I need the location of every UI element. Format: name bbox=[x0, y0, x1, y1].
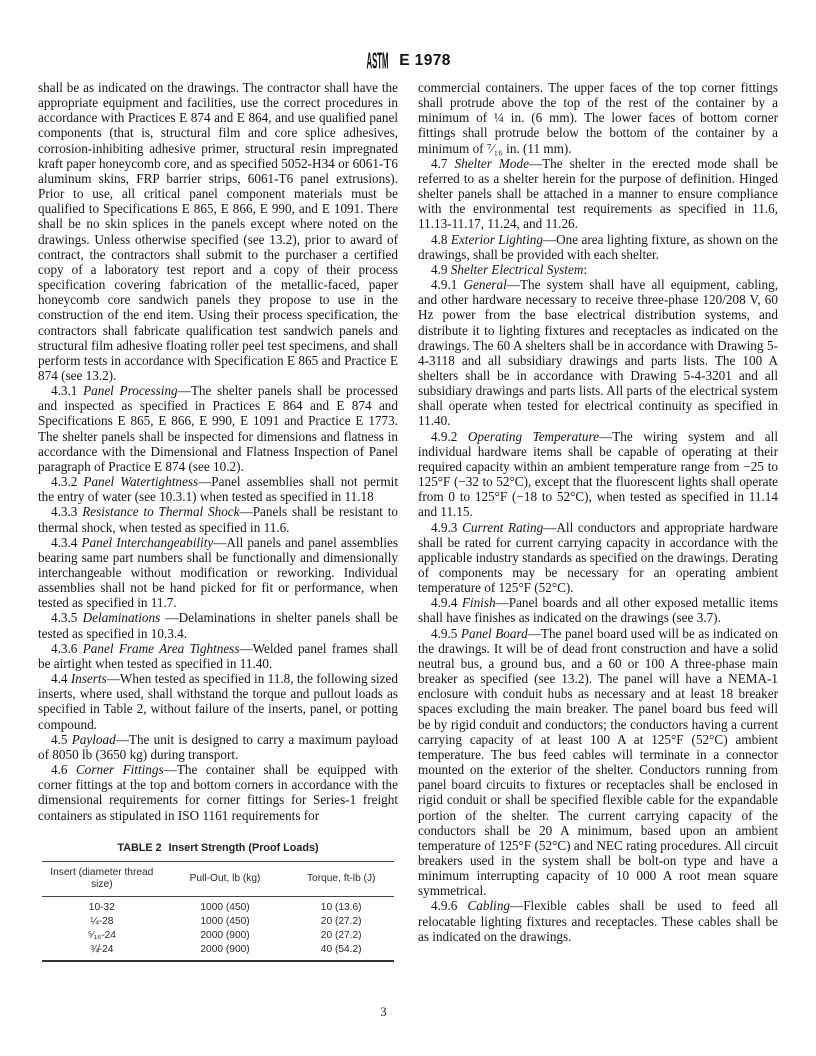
section-title: Panel Watertightness bbox=[83, 474, 198, 489]
text-run: 4.9.5 bbox=[431, 626, 461, 641]
table-cell: ¾̸-24 bbox=[42, 942, 162, 961]
table-row: ¾̸-242000 (900)40 (54.2) bbox=[42, 942, 394, 961]
table-row: 10-321000 (450)10 (13.6) bbox=[42, 896, 394, 914]
table-cell: 10-32 bbox=[42, 896, 162, 914]
table-cell: 1000 (450) bbox=[162, 896, 289, 914]
table-cell: 2000 (900) bbox=[162, 942, 289, 961]
text-run: : bbox=[583, 262, 587, 277]
left-column: shall be as indicated on the drawings. T… bbox=[38, 80, 398, 962]
table-row: ⁵⁄₁₆-242000 (900)20 (27.2) bbox=[42, 928, 394, 942]
paragraph: 4.3.5 Delaminations —Delaminations in sh… bbox=[38, 610, 398, 640]
table-cell: 2000 (900) bbox=[162, 928, 289, 942]
text-run: 4.3.1 bbox=[51, 383, 83, 398]
text-run: 4.9.3 bbox=[431, 520, 462, 535]
section-title: Shelter Mode bbox=[455, 156, 529, 171]
paragraph: 4.5 Payload—The unit is designed to carr… bbox=[38, 732, 398, 762]
table-cell: ¼-28 bbox=[42, 914, 162, 928]
table-caption-number: TABLE 2 bbox=[117, 842, 161, 854]
text-run: 4.3.2 bbox=[51, 474, 83, 489]
paragraph: 4.3.3 Resistance to Thermal Shock—Panels… bbox=[38, 504, 398, 534]
section-title: Cabling bbox=[468, 898, 511, 913]
section-title: Delaminations bbox=[83, 610, 166, 625]
table-header-row: Insert (diameter thread size)Pull-Out, l… bbox=[42, 861, 394, 896]
text-run: —The system shall have all equipment, ca… bbox=[418, 277, 778, 428]
paragraph: 4.3.6 Panel Frame Area Tightness—Welded … bbox=[38, 641, 398, 671]
table-caption: TABLE 2Insert Strength (Proof Loads) bbox=[42, 841, 394, 856]
table-row: ¼-281000 (450)20 (27.2) bbox=[42, 914, 394, 928]
page-header: ASTM E 1978 bbox=[0, 48, 816, 73]
text-run: 4.7 bbox=[431, 156, 455, 171]
astm-logo-text: ASTM bbox=[367, 48, 389, 73]
table-cell: 20 (27.2) bbox=[288, 928, 394, 942]
paragraph: 4.7 Shelter Mode—The shelter in the erec… bbox=[418, 156, 778, 232]
table-caption-title: Insert Strength (Proof Loads) bbox=[169, 842, 319, 854]
paragraph: 4.6 Corner Fittings—The container shall … bbox=[38, 762, 398, 823]
document-page: ASTM E 1978 shall be as indicated on the… bbox=[0, 0, 816, 1056]
section-title: Current Rating bbox=[462, 520, 543, 535]
section-title: Inserts bbox=[71, 671, 107, 686]
table-cell: ⁵⁄₁₆-24 bbox=[42, 928, 162, 942]
section-title: Resistance to Thermal Shock bbox=[82, 504, 239, 519]
text-run: 4.3.5 bbox=[51, 610, 83, 625]
table-cell: 10 (13.6) bbox=[288, 896, 394, 914]
paragraph: 4.8 Exterior Lighting—One area lighting … bbox=[418, 232, 778, 262]
section-title: General bbox=[464, 277, 507, 292]
paragraph: 4.9.1 General—The system shall have all … bbox=[418, 277, 778, 429]
paragraph: 4.9 Shelter Electrical System: bbox=[418, 262, 778, 277]
insert-strength-table-block: TABLE 2Insert Strength (Proof Loads)Inse… bbox=[38, 841, 398, 962]
text-run: —The panel board used will be as indicat… bbox=[418, 626, 778, 899]
paragraph: commercial containers. The upper faces o… bbox=[418, 80, 778, 156]
text-run: 4.9.4 bbox=[431, 595, 462, 610]
insert-strength-table: Insert (diameter thread size)Pull-Out, l… bbox=[42, 861, 394, 962]
right-column: commercial containers. The upper faces o… bbox=[418, 80, 778, 962]
text-run: 4.4 bbox=[51, 671, 71, 686]
paragraph: 4.3.1 Panel Processing—The shelter panel… bbox=[38, 383, 398, 474]
paragraph: 4.9.6 Cabling—Flexible cables shall be u… bbox=[418, 898, 778, 943]
table-cell: 20 (27.2) bbox=[288, 914, 394, 928]
table-header-cell: Insert (diameter thread size) bbox=[42, 861, 162, 896]
astm-logo-icon: ASTM bbox=[365, 48, 390, 73]
section-title: Shelter Electrical System bbox=[451, 262, 584, 277]
paragraph: shall be as indicated on the drawings. T… bbox=[38, 80, 398, 383]
text-run: 4.3.6 bbox=[51, 641, 83, 656]
paragraph: 4.9.2 Operating Temperature—The wiring s… bbox=[418, 429, 778, 520]
section-title: Panel Frame Area Tightness bbox=[83, 641, 240, 656]
table-header-cell: Torque, ft-lb (J) bbox=[288, 861, 394, 896]
section-title: Finish bbox=[462, 595, 496, 610]
text-run: 4.9.6 bbox=[431, 898, 468, 913]
section-title: Corner Fittings bbox=[76, 762, 164, 777]
section-title: Panel Board bbox=[461, 626, 528, 641]
text-run: 4.5 bbox=[51, 732, 72, 747]
table-header-cell: Pull-Out, lb (kg) bbox=[162, 861, 289, 896]
text-run: 4.3.3 bbox=[51, 504, 82, 519]
text-run: 4.9.1 bbox=[431, 277, 464, 292]
paragraph: 4.4 Inserts—When tested as specified in … bbox=[38, 671, 398, 732]
text-run: 4.3.4 bbox=[51, 535, 81, 550]
text-columns: shall be as indicated on the drawings. T… bbox=[38, 80, 778, 962]
page-number: 3 bbox=[0, 1005, 767, 1020]
text-run: 4.6 bbox=[51, 762, 76, 777]
table-cell: 1000 (450) bbox=[162, 914, 289, 928]
text-run: commercial containers. The upper faces o… bbox=[418, 80, 778, 156]
paragraph: 4.3.2 Panel Watertightness—Panel assembl… bbox=[38, 474, 398, 504]
table-cell: 40 (54.2) bbox=[288, 942, 394, 961]
section-title: Panel Interchangeability bbox=[81, 535, 213, 550]
text-run: 4.8 bbox=[431, 232, 451, 247]
document-number: E 1978 bbox=[399, 52, 451, 70]
section-title: Exterior Lighting bbox=[451, 232, 543, 247]
text-run: 4.9.2 bbox=[431, 429, 468, 444]
table-body: 10-321000 (450)10 (13.6)¼-281000 (450)20… bbox=[42, 896, 394, 961]
section-title: Payload bbox=[72, 732, 116, 747]
section-title: Panel Processing bbox=[83, 383, 178, 398]
paragraph: 4.9.4 Finish—Panel boards and all other … bbox=[418, 595, 778, 625]
text-run: 4.9 bbox=[431, 262, 451, 277]
paragraph: 4.9.3 Current Rating—All conductors and … bbox=[418, 520, 778, 596]
paragraph: 4.9.5 Panel Board—The panel board used w… bbox=[418, 626, 778, 899]
text-run: shall be as indicated on the drawings. T… bbox=[38, 80, 398, 383]
paragraph: 4.3.4 Panel Interchangeability—All panel… bbox=[38, 535, 398, 611]
section-title: Operating Temperature bbox=[468, 429, 599, 444]
